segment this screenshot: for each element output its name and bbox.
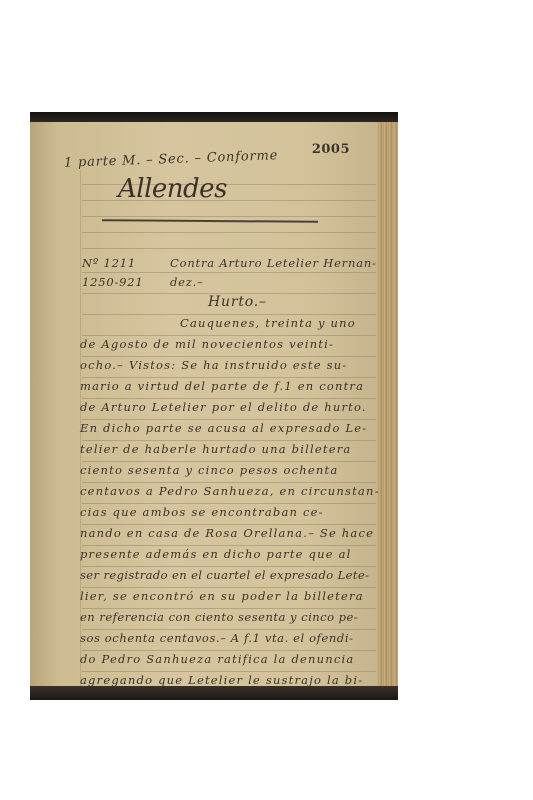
body-line: cias que ambos se encontraban ce- <box>80 505 324 519</box>
body-line: centavos a Pedro Sanhueza, en circunstan… <box>80 484 380 498</box>
body-line: nando en casa de Rosa Orellana.– Se hace <box>80 526 374 540</box>
header-note: 1 parte M. – Sec. – Conforme <box>64 148 279 170</box>
ruled-line <box>82 440 376 441</box>
body-line: sos ochenta centavos.– A f.1 vta. el ofe… <box>80 631 354 645</box>
book-bottom-edge <box>30 686 398 700</box>
body-line: ocho.– Vistos: Se ha instruido este su- <box>80 358 347 372</box>
ruled-line <box>82 419 376 420</box>
scanned-ledger-page: 2005 1 parte M. – Sec. – Conforme Allend… <box>30 112 398 700</box>
body-line: Cauquenes, treinta y uno <box>180 316 356 330</box>
body-line: mario a virtud del parte de f.1 en contr… <box>80 379 364 393</box>
case-title-line2: dez.– <box>170 275 204 289</box>
body-line: agregando que Letelier le sustrajo la bi… <box>80 673 363 687</box>
book-top-edge <box>30 112 398 122</box>
ruled-line <box>82 248 376 249</box>
ruled-line <box>82 335 376 336</box>
ruled-line <box>82 629 376 630</box>
case-reference: 1250-921 <box>82 275 144 289</box>
ruled-line <box>82 216 376 217</box>
ruled-line <box>82 650 376 651</box>
body-line: presente además en dicho parte que al <box>80 547 352 561</box>
ruled-line <box>82 482 376 483</box>
offense-heading: Hurto.– <box>208 294 267 310</box>
ruled-line <box>82 587 376 588</box>
body-line: ser registrado en el cuartel el expresad… <box>80 568 369 582</box>
body-line: lier, se encontró en su poder la billete… <box>80 589 364 603</box>
page-number: 2005 <box>312 142 350 157</box>
body-line: telier de haberle hurtado una billetera <box>80 442 351 456</box>
ruled-line <box>82 398 376 399</box>
case-title-line1: Contra Arturo Letelier Hernan- <box>170 256 377 270</box>
page-stack-edge <box>378 122 398 688</box>
ruled-line <box>82 356 376 357</box>
signature-underline <box>102 219 318 222</box>
body-line: de Arturo Letelier por el delito de hurt… <box>80 400 367 414</box>
case-number: Nº 1211 <box>82 256 136 270</box>
body-line: do Pedro Sanhueza ratifica la denuncia <box>80 652 354 666</box>
body-line: ciento sesenta y cinco pesos ochenta <box>80 463 338 477</box>
signature: Allendes <box>118 174 227 204</box>
ruled-line <box>82 461 376 462</box>
body-line: de Agosto de mil novecientos veinti- <box>80 337 334 351</box>
ruled-line <box>82 232 376 233</box>
ruled-line <box>82 314 376 315</box>
ruled-line <box>82 377 376 378</box>
ledger-page: 2005 1 parte M. – Sec. – Conforme Allend… <box>30 122 378 688</box>
ruled-line <box>82 608 376 609</box>
ruled-line <box>82 671 376 672</box>
ruled-line <box>82 503 376 504</box>
ruled-line <box>82 524 376 525</box>
ruled-line <box>82 272 376 273</box>
body-line: en referencia con ciento sesenta y cinco… <box>80 610 358 624</box>
body-line: En dicho parte se acusa al expresado Le- <box>80 421 367 435</box>
ruled-line <box>82 545 376 546</box>
ruled-line <box>82 566 376 567</box>
